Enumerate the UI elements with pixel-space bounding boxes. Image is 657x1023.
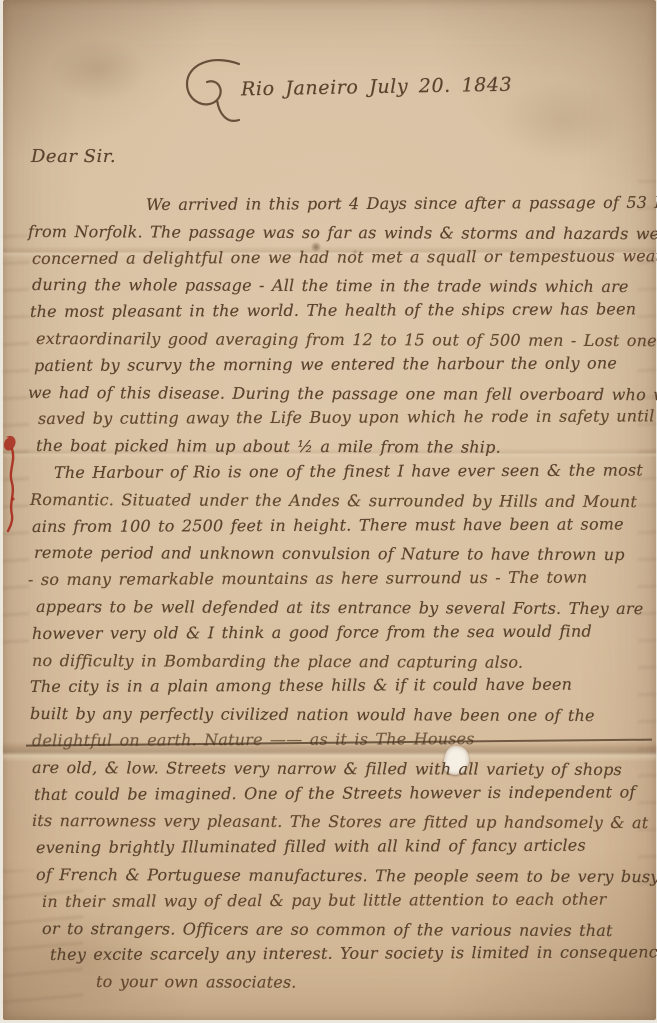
letter-line: saved by cutting away the Life Buoy upon… [38,404,644,433]
letter-line: they excite scarcely any interest. Your … [50,940,644,969]
letter-line-struck: delightful on earth. Nature —— as it is … [32,725,644,754]
dateline: Rio Janeiro July 20. 1843 [241,74,513,101]
letter-page: Rio Janeiro July 20. 1843 Dear Sir. We a… [3,0,656,1020]
letter-line: to your own associates. [96,969,644,998]
letter-line: the most pleasant in the world. The heal… [30,297,644,326]
letter-line: evening brightly Illuminated filled with… [36,832,644,861]
letter-line: concerned a delightful one we had not me… [32,243,644,272]
salutation: Dear Sir. [31,146,116,167]
letter-line: - so many remarkable mountains as here s… [28,564,644,593]
letter-line: The city is in a plain among these hills… [30,672,644,701]
letter-line: in their small way of deal & pay but lit… [42,886,644,915]
letter-line: The Harbour of Rio is one of the finest … [54,457,644,486]
letter-line: ains from 100 to 2500 feet in height. Th… [32,511,644,540]
pen-flourish [179,56,249,134]
letter-line: that could be imagined. One of the Stree… [34,779,644,808]
letter-line: We arrived in this port 4 Days since aft… [146,190,644,219]
letter-body: We arrived in this port 4 Days since aft… [28,192,644,996]
letter-line: however very old & I think a good force … [32,618,644,647]
letter-line: patient by scurvy the morning we entered… [34,350,644,379]
